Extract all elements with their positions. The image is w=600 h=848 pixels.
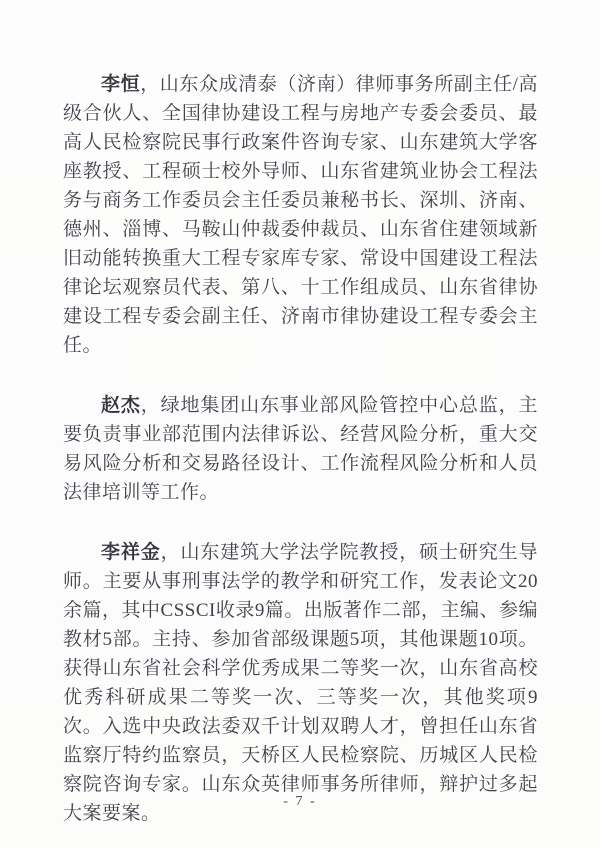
- bio-text-li-xiangjin: ，山东建筑大学法学院教授，硕士研究生导师。主要从事刑事法学的教学和研究工作，发表…: [63, 542, 538, 824]
- bio-text-li-heng: ，山东众成清泰（济南）律师事务所副主任/高级合伙人、全国律协建设工程与房地产专委…: [63, 74, 538, 356]
- person-name-li-xiangjin: 李祥金: [101, 542, 161, 563]
- document-page: 李恒，山东众成清泰（济南）律师事务所副主任/高级合伙人、全国律协建设工程与房地产…: [0, 0, 600, 848]
- person-name-zhao-jie: 赵杰: [101, 395, 141, 416]
- page-number: - 7 -: [0, 794, 600, 810]
- bio-paragraph-zhao-jie: 赵杰，绿地集团山东事业部风险管控中心总监，主要负责事业部范围内法律诉讼、经营风险…: [63, 391, 538, 507]
- person-name-li-heng: 李恒: [101, 74, 140, 95]
- bio-paragraph-li-xiangjin: 李祥金，山东建筑大学法学院教授，硕士研究生导师。主要从事刑事法学的教学和研究工作…: [63, 538, 538, 828]
- bio-paragraph-li-heng: 李恒，山东众成清泰（济南）律师事务所副主任/高级合伙人、全国律协建设工程与房地产…: [63, 70, 538, 360]
- document-body: 李恒，山东众成清泰（济南）律师事务所副主任/高级合伙人、全国律协建设工程与房地产…: [63, 70, 538, 828]
